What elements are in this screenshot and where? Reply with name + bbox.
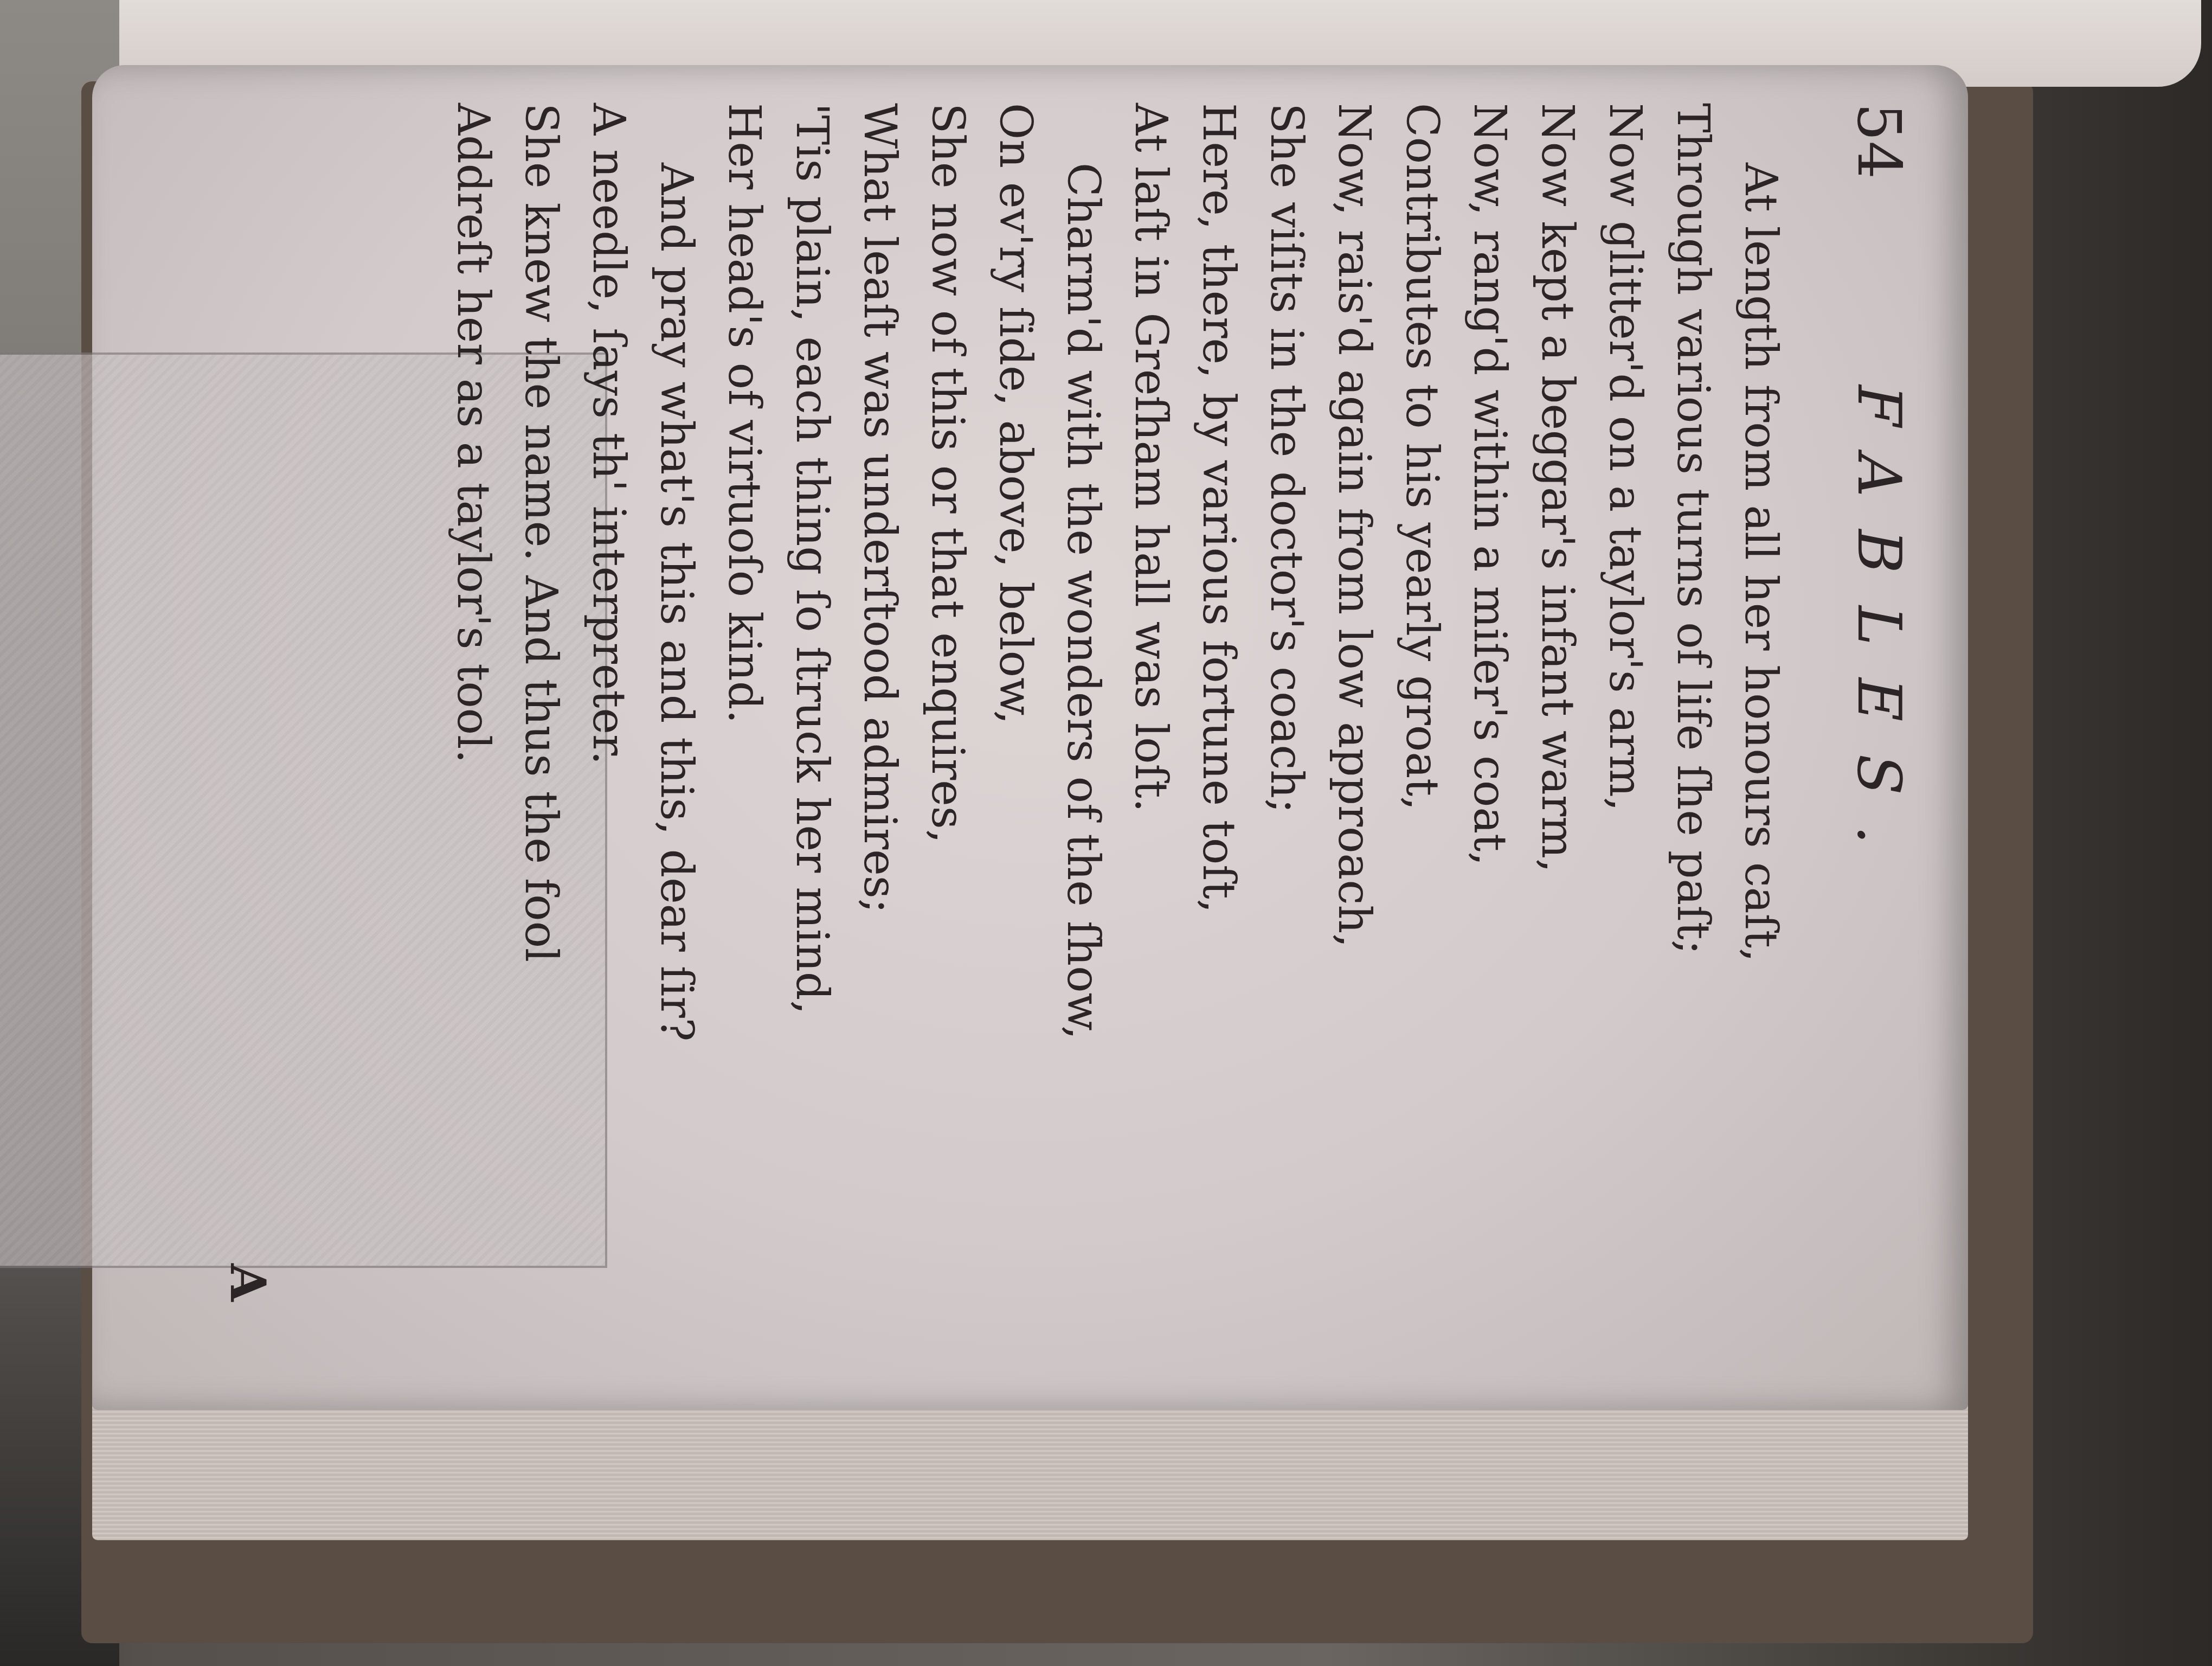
verse-line: Now kept a beggar's infant warm, <box>1523 103 1591 1350</box>
verse-line: Now, rang'd within a miſer's coat, <box>1456 103 1523 1350</box>
page-content: 54 FABLES. At length from all her honour… <box>233 103 1914 1350</box>
running-head: FABLES. <box>1844 385 1914 877</box>
page-header: 54 FABLES. <box>1816 103 1914 1350</box>
verse-line: And pray what's this and this, dear ſir? <box>642 103 710 1350</box>
verse-line: Contributes to his yearly groat, <box>1388 103 1456 1350</box>
catchword: A <box>219 1264 276 1302</box>
verse-line: Her head's of virtuoſo kind. <box>710 103 778 1350</box>
verse-line: Now glitter'd on a taylor's arm, <box>1591 103 1659 1350</box>
page-number: 54 <box>1844 103 1914 179</box>
verse-line: Addreſt her as a taylor's tool. <box>439 103 507 1350</box>
verse-line: She now of this or that enquires, <box>914 103 981 1350</box>
verse-line: Here, there, by various fortune toſt, <box>1185 103 1252 1350</box>
verse-line: Through various turns of life ſhe paſt; <box>1659 103 1727 1350</box>
verse-line: At length from all her honours caſt, <box>1727 103 1795 1350</box>
verse-line: On ev'ry ſide, above, below, <box>981 103 1049 1350</box>
verse-line: At laſt in Greſham hall was loſt. <box>1117 103 1185 1350</box>
verse-line: Now, rais'd again from low approach, <box>1320 103 1388 1350</box>
verse-line: Charm'd with the wonders of the ſhow, <box>1049 103 1117 1350</box>
poem-text: At length from all her honours caſt, Thr… <box>439 103 1795 1350</box>
verse-line: A needle, ſays th' interpreter. <box>575 103 642 1350</box>
page-edges <box>92 1399 1968 1540</box>
verse-line: What leaſt was underſtood admires; <box>846 103 914 1350</box>
verse-line: 'Tis plain, each thing ſo ſtruck her min… <box>778 103 846 1350</box>
verse-line: She knew the name. And thus the fool <box>507 103 575 1350</box>
verse-line: She viſits in the doctor's coach; <box>1252 103 1320 1350</box>
